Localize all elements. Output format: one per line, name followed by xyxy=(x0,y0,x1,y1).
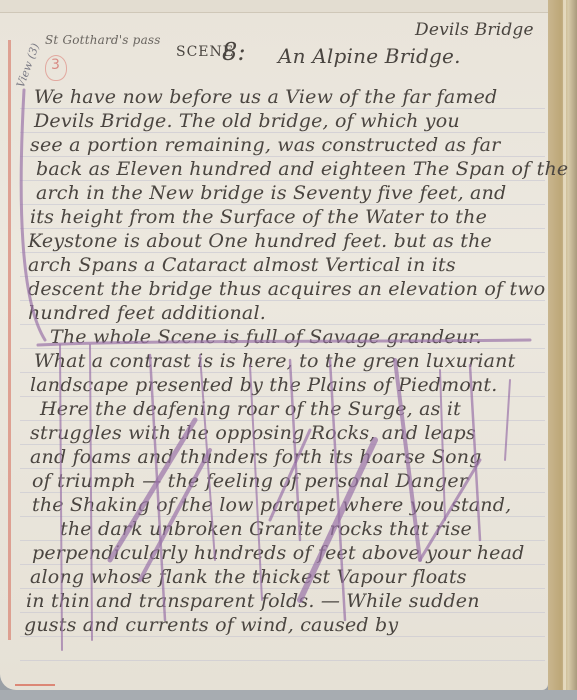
text-line: the Shaking of the low parapet where you… xyxy=(32,494,511,516)
text-line: of triumph — the feeling of personal Dan… xyxy=(32,470,468,492)
text-line: along whose flank the thickest Vapour fl… xyxy=(30,566,467,588)
text-line: arch in the New bridge is Seventy five f… xyxy=(36,182,506,204)
ruled-line xyxy=(20,612,545,613)
ruled-line xyxy=(20,372,545,373)
spine-highlight xyxy=(563,0,566,700)
text-line: its height from the Surface of the Water… xyxy=(30,206,487,228)
ruled-line xyxy=(20,276,545,277)
ruled-line xyxy=(20,180,545,181)
text-line: back as Eleven hundred and eighteen The … xyxy=(36,158,568,180)
text-line: landscape presented by the Plains of Pie… xyxy=(30,374,498,396)
ruled-line xyxy=(20,300,545,301)
ruled-line xyxy=(20,420,545,421)
text-line: hundred feet additional. xyxy=(28,302,266,324)
ruled-line xyxy=(20,516,545,517)
previous-page-edge xyxy=(0,0,548,13)
ruled-line xyxy=(20,492,545,493)
text-line: arch Spans a Cataract almost Vertical in… xyxy=(28,254,456,276)
text-line: Devils Bridge. The old bridge, of which … xyxy=(34,110,460,132)
ruled-line xyxy=(20,204,545,205)
red-margin-line xyxy=(8,40,11,640)
ruled-line xyxy=(20,396,545,397)
text-line: gusts and currents of wind, caused by xyxy=(24,614,398,636)
ruled-line xyxy=(20,636,545,637)
text-line: and foams and thunders forth its hoarse … xyxy=(30,446,482,468)
struck-text-line: The whole Scene is full of Savage grande… xyxy=(50,326,482,348)
ruled-line xyxy=(20,324,545,325)
page-bottom-shadow xyxy=(0,690,577,700)
ruled-line xyxy=(20,564,545,565)
red-margin-tick xyxy=(15,684,55,686)
ruled-line xyxy=(20,468,545,469)
text-line: Here the deafening roar of the Surge, as… xyxy=(40,398,461,420)
text-line: struggles with the opposing Rocks, and l… xyxy=(30,422,476,444)
ruled-line xyxy=(20,540,545,541)
ruled-line xyxy=(20,348,545,349)
scene-title: An Alpine Bridge. xyxy=(278,44,461,68)
circled-number: 3 xyxy=(51,57,60,73)
ruled-line xyxy=(20,444,545,445)
text-line: the dark unbroken Granite rocks that ris… xyxy=(60,518,472,540)
text-line: perpendicularly hundreds of feet above y… xyxy=(32,542,525,564)
text-line: What a contrast is is here, to the green… xyxy=(34,350,515,372)
location-note: St Gotthard's pass xyxy=(45,33,161,47)
ruled-line xyxy=(20,156,545,157)
text-line: see a portion remaining, was constructed… xyxy=(30,134,500,156)
ruled-line xyxy=(20,228,545,229)
scene-number: 8: xyxy=(222,38,246,66)
text-line: Keystone is about One hundred feet. but … xyxy=(28,230,492,252)
text-line: We have now before us a View of the far … xyxy=(34,86,497,108)
ruled-line xyxy=(20,252,545,253)
ruled-line xyxy=(20,132,545,133)
top-right-label: Devils Bridge xyxy=(415,20,534,40)
ruled-line xyxy=(20,108,545,109)
text-line: descent the bridge thus acquires an elev… xyxy=(28,278,545,300)
ruled-line xyxy=(20,588,545,589)
text-line: in thin and transparent folds. — While s… xyxy=(26,590,480,612)
ruled-line xyxy=(20,660,545,661)
